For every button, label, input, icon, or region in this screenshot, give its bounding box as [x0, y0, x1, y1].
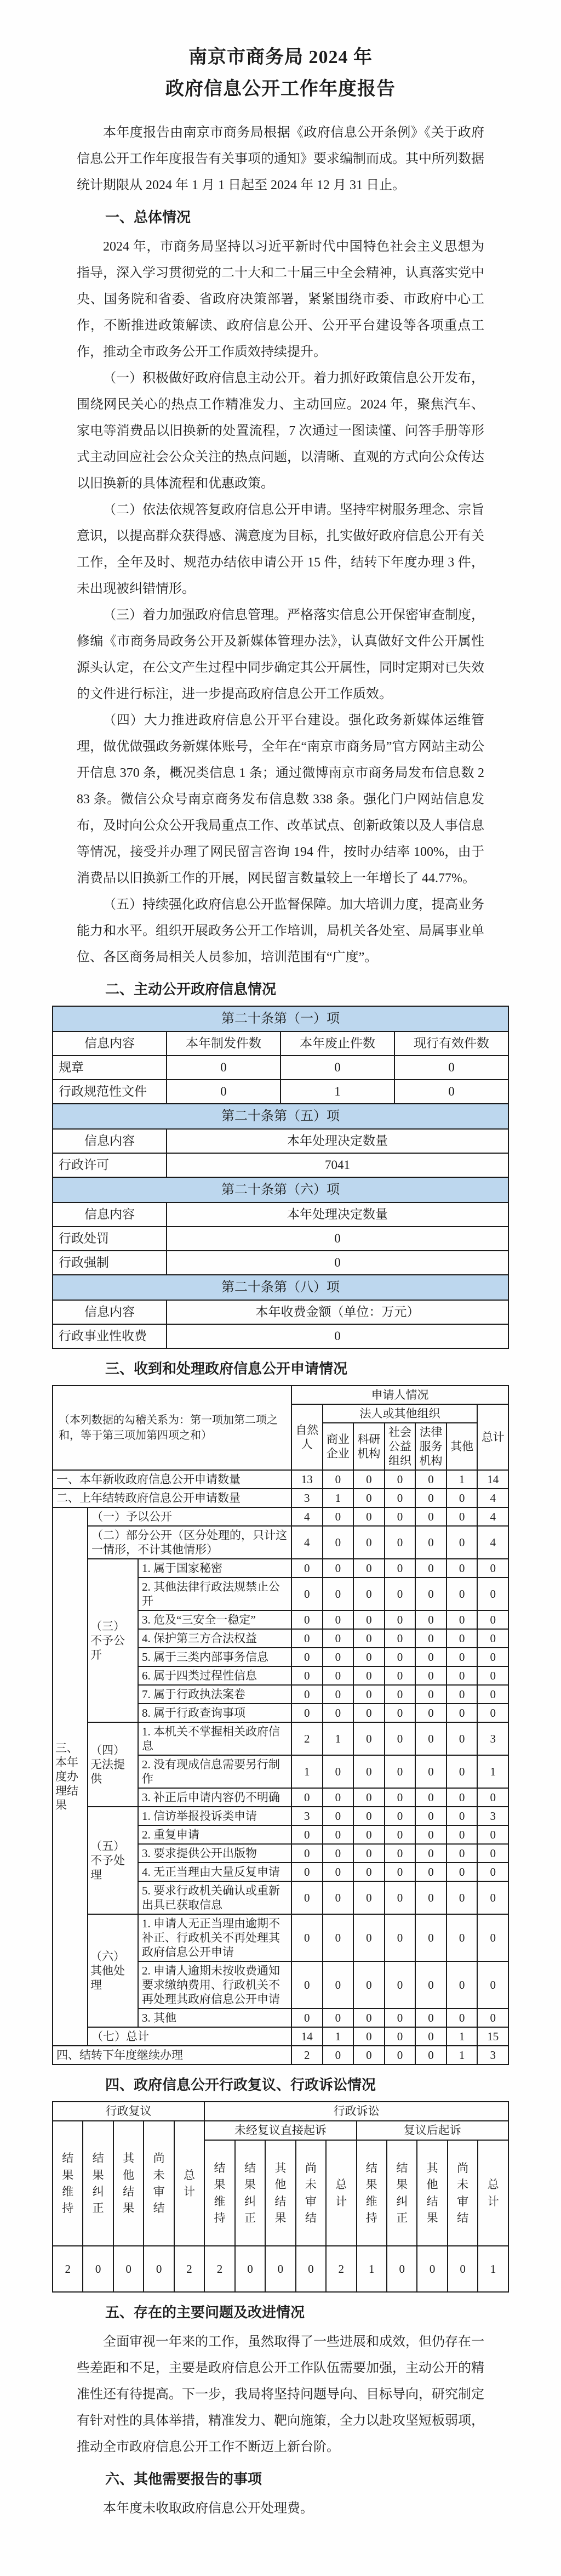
table-cell: 0: [323, 1578, 354, 1610]
table-cell: 0: [353, 1825, 385, 1844]
table-cell: 0: [291, 1704, 323, 1722]
table-cell: 0: [280, 1056, 394, 1080]
table-header-cell: 科研机构: [353, 1423, 385, 1470]
table-cell: 二、上年结转政府信息公开申请数量: [53, 1489, 291, 1507]
table-cell: 0: [415, 1629, 446, 1648]
table-header-cell: 其他结果: [113, 2121, 144, 2246]
table-cell: 2. 没有现成信息需要另行制作: [138, 1755, 291, 1788]
table-cell: 0: [291, 1610, 323, 1629]
table-header-cell: 其他结果: [265, 2140, 295, 2246]
table-cell: 0: [385, 1863, 416, 1881]
table-cell: 0: [446, 1578, 478, 1610]
table-cell: 0: [353, 1526, 385, 1559]
table-cell: （七）总计: [88, 2027, 291, 2046]
table-cell: 0: [291, 1961, 323, 2008]
table-header-cell: 法人或其他组织: [323, 1404, 478, 1423]
table-cell: 0: [415, 1844, 446, 1863]
table-cell: 0: [353, 2046, 385, 2064]
header-label: 结果纠正: [243, 2160, 256, 2227]
table-header-cell: 总计: [174, 2121, 204, 2246]
table-active-disclosure: 第二十条第（一）项 信息内容 本年制发件数 本年废止件数 现行有效件数 规章 0…: [52, 1006, 509, 1349]
table-row: 三、本年度办理结果 （一）予以公开 4 0 0 0 0 0 4: [53, 1507, 508, 1526]
table-cell: 0: [353, 2008, 385, 2027]
table-cell: 0: [477, 1629, 508, 1648]
table-header-cell: 复议后起诉: [357, 2121, 508, 2140]
table-header-cell: 尚未审结: [448, 2140, 478, 2246]
intro-paragraph: 本年度报告由南京市商务局根据《政府信息公开条例》《关于政府信息公开工作年度报告有…: [77, 120, 484, 198]
table-cell: 0: [477, 2008, 508, 2027]
table-header-row: 信息内容 本年处理决定数量: [53, 1129, 508, 1153]
table-cell: 4. 无正当理由大量反复申请: [138, 1863, 291, 1881]
table-cell: 0: [415, 1610, 446, 1629]
table-cell: 0: [385, 1489, 416, 1507]
header-label: 总计: [182, 2167, 196, 2200]
table-cell: 0: [291, 1844, 323, 1863]
table-cell: 0: [477, 1704, 508, 1722]
table-cell: 0: [446, 1807, 478, 1825]
table-cell: 0: [323, 2046, 354, 2064]
table-cell: 0: [323, 1788, 354, 1807]
table-header-cell: 现行有效件数: [394, 1031, 508, 1056]
table-subgroup-cell: （五）不予处理: [88, 1807, 138, 1914]
table-cell: 2: [291, 1722, 323, 1755]
table-cell: 0: [353, 1648, 385, 1666]
table-cell: 0: [385, 1722, 416, 1755]
table-cell: 0: [385, 1961, 416, 2008]
table-cell: 0: [415, 1578, 446, 1610]
table-section-header: 第二十条第（一）项: [53, 1006, 508, 1031]
table-cell: 2. 申请人逾期未按收费通知要求缴纳费用、行政机关不再处理其政府信息公开申请: [138, 1961, 291, 2008]
table-cell: 0: [477, 1825, 508, 1844]
table-row: 行政强制 0: [53, 1251, 508, 1275]
table-cell: 2: [174, 2246, 204, 2292]
table-cell: 0: [291, 1629, 323, 1648]
table-cell: 0: [235, 2246, 265, 2292]
table-cell: 3: [291, 1807, 323, 1825]
table-cell: 1: [323, 1722, 354, 1755]
table-cell: 0: [385, 1648, 416, 1666]
table-cell: 0: [415, 1914, 446, 1961]
table-cell: 0: [385, 1881, 416, 1914]
table-subgroup-cell: （三）不予公开: [88, 1559, 138, 1722]
table-cell: 1: [446, 2027, 478, 2046]
table-cell: 1. 信访举报投诉类申请: [138, 1807, 291, 1825]
table-cell: 0: [167, 1324, 508, 1348]
table-cell: 0: [291, 1881, 323, 1914]
table-section-header: 第二十条第（五）项: [53, 1104, 508, 1129]
table-cell: 0: [385, 1526, 416, 1559]
table-cell: 0: [415, 1648, 446, 1666]
table-cell: 0: [323, 1755, 354, 1788]
table-header-cell: 结果纠正: [235, 2140, 265, 2246]
table-cell: 4. 保护第三方合法权益: [138, 1629, 291, 1648]
table-cell: 0: [323, 1844, 354, 1863]
table-cell: 2: [53, 2246, 83, 2292]
table-cell: 0: [415, 1788, 446, 1807]
table-cell: 0: [296, 2246, 326, 2292]
section-heading-active-disclosure: 二、主动公开政府信息情况: [77, 978, 484, 1000]
table-cell: 2. 重复申请: [138, 1825, 291, 1844]
table-header-cell: 本年处理决定数量: [167, 1129, 508, 1153]
table-cell: 0: [415, 1526, 446, 1559]
table-cell: 3. 危及“三安全一稳定”: [138, 1610, 291, 1629]
table-cell: 4: [477, 1489, 508, 1507]
table-cell: 3: [477, 1807, 508, 1825]
table-row: （三）不予公开 1. 属于国家秘密 0 0 0 0 0 0 0: [53, 1559, 508, 1578]
table-cell: 0: [353, 1722, 385, 1755]
table-cell: 0: [167, 1056, 280, 1080]
table-cell: 0: [353, 1961, 385, 2008]
table-section-row: 第二十条第（六）项: [53, 1177, 508, 1202]
table-header-cell: 总计: [477, 1404, 508, 1470]
table-cell: 0: [323, 1629, 354, 1648]
section-heading-overview: 一、总体情况: [77, 206, 484, 228]
table-cell: 0: [415, 1704, 446, 1722]
table-cell: 1. 本机关不掌握相关政府信息: [138, 1722, 291, 1755]
table-cell: 5. 要求行政机关确认或重新出具已获取信息: [138, 1881, 291, 1914]
table-cell: 0: [394, 1080, 508, 1104]
table-cell: 0: [415, 1961, 446, 2008]
table-cell: 0: [291, 1788, 323, 1807]
table-cell: 0: [415, 1507, 446, 1526]
paragraph: 全面审视一年来的工作，虽然取得了一些进展和成效，但仍存在一些差距和不足，主要是政…: [77, 2329, 484, 2460]
paragraph: （四）大力推进政府信息公开平台建设。强化政务新媒体运维管理，做优做强政务新媒体账…: [77, 707, 484, 892]
table-cell: 4: [477, 1526, 508, 1559]
table-cell: 四、结转下年度继续办理: [53, 2046, 291, 2064]
table-cell: 1. 申请人无正当理由逾期不补正、行政机关不再处理其政府信息公开申请: [138, 1914, 291, 1961]
table-cell: 4: [291, 1526, 323, 1559]
table-row: 二、上年结转政府信息公开申请数量 3 1 0 0 0 0 4: [53, 1489, 508, 1507]
table-cell: 0: [385, 1788, 416, 1807]
table-header-cell: 其他结果: [417, 2140, 447, 2246]
table-row: 行政规范性文件 0 1 0: [53, 1080, 508, 1104]
table-cell: 4: [477, 1507, 508, 1526]
table-cell: 1: [446, 1470, 478, 1489]
table-cell: 0: [385, 1559, 416, 1578]
table-cell: 8. 属于行政查询事项: [138, 1704, 291, 1722]
table-review-litigation: 行政复议 行政诉讼 结果维持 结果纠正 其他结果 尚未审结 总计 未经复议直接起…: [52, 2101, 509, 2293]
table-header-cell: 结果维持: [357, 2140, 387, 2246]
table-cell: 0: [323, 1666, 354, 1685]
table-row: （七）总计 14 1 0 0 0 1 15: [53, 2027, 508, 2046]
table-subgroup-cell: （四）无法提供: [88, 1722, 138, 1807]
table-cell: 0: [323, 1507, 354, 1526]
table-row: 四、结转下年度继续办理 2 0 0 0 0 1 3: [53, 2046, 508, 2064]
table-note-cell: （本列数据的勾稽关系为：第一项加第二项之和，等于第三项加第四项之和）: [53, 1386, 291, 1470]
table-cell: 0: [385, 1755, 416, 1788]
table-row: （五）不予处理 1. 信访举报投诉类申请 3 0 0 0 0 0 3: [53, 1807, 508, 1825]
table-cell: 1: [280, 1080, 394, 1104]
table-cell: 0: [353, 1578, 385, 1610]
table-cell: 0: [353, 1629, 385, 1648]
table-header-cell: 尚未审结: [296, 2140, 326, 2246]
table-cell: 0: [415, 1666, 446, 1685]
table-header-cell: 信息内容: [53, 1031, 167, 1056]
table-cell: 14: [477, 1470, 508, 1489]
header-label: 尚未审结: [152, 2150, 165, 2217]
table-cell: 0: [446, 1704, 478, 1722]
table-cell: 0: [415, 1881, 446, 1914]
table-row: 一、本年新收政府信息公开申请数量 13 0 0 0 0 1 14: [53, 1470, 508, 1489]
document-title-line2: 政府信息公开工作年度报告: [52, 73, 509, 105]
table-cell: 0: [446, 1648, 478, 1666]
table-cell: 0: [446, 1526, 478, 1559]
table-cell: 0: [385, 2027, 416, 2046]
table-row: （六）其他处理 1. 申请人无正当理由逾期不补正、行政机关不再处理其政府信息公开…: [53, 1914, 508, 1961]
table-cell: 0: [353, 1685, 385, 1704]
table-cell: 3: [477, 1722, 508, 1755]
paragraph: （五）持续强化政府信息公开监督保障。加大培训力度，提高业务能力和水平。组织开展政…: [77, 892, 484, 971]
table-header-cell: 其他: [446, 1423, 478, 1470]
table-cell: 行政事业性收费: [53, 1324, 167, 1348]
table-header-cell: 法律服务机构: [415, 1423, 446, 1470]
table-cell: 0: [353, 1881, 385, 1914]
bottom-margin: [52, 2522, 509, 2527]
table-row: （四）无法提供 1. 本机关不掌握相关政府信息 2 1 0 0 0 0 3: [53, 1722, 508, 1755]
table-cell: 4: [291, 1507, 323, 1526]
table-cell: 0: [353, 1807, 385, 1825]
table-cell: 0: [323, 1807, 354, 1825]
table-cell: 1: [446, 2046, 478, 2064]
table-cell: 0: [385, 1629, 416, 1648]
table-header-cell: 结果纠正: [83, 2121, 113, 2246]
table-cell: 0: [291, 1863, 323, 1881]
header-label: 结果纠正: [396, 2160, 409, 2227]
table-header-cell: 自然人: [291, 1404, 323, 1470]
table-section-row: 第二十条第（五）项: [53, 1104, 508, 1129]
table-section-row: 第二十条第（一）项: [53, 1006, 508, 1031]
table-row: 行政许可 7041: [53, 1153, 508, 1177]
table-cell: 0: [477, 1648, 508, 1666]
table-header-cell: 未经复议直接起诉: [204, 2121, 356, 2140]
table-cell: 0: [446, 1489, 478, 1507]
table-cell: 0: [323, 1685, 354, 1704]
table-cell: 0: [323, 1881, 354, 1914]
table-cell: 0: [477, 1559, 508, 1578]
table-cell: 1: [478, 2246, 508, 2292]
table-cell: 0: [446, 1788, 478, 1807]
table-row: 行政事业性收费 0: [53, 1324, 508, 1348]
table-header-cell: 信息内容: [53, 1202, 167, 1227]
table-cell: 0: [415, 1722, 446, 1755]
table-cell: 0: [477, 1961, 508, 2008]
table-cell: 0: [385, 1807, 416, 1825]
table-cell: 1: [323, 2027, 354, 2046]
table-cell: 0: [385, 1685, 416, 1704]
table-cell: 2: [204, 2246, 234, 2292]
table-cell: 0: [353, 1844, 385, 1863]
table-cell: 0: [477, 1914, 508, 1961]
table-cell: 0: [477, 1666, 508, 1685]
table-cell: 0: [353, 1914, 385, 1961]
paragraph: （二）依法依规答复政府信息公开申请。坚持牢树服务理念、宗旨意识，以提高群众获得感…: [77, 497, 484, 602]
table-header-row: 信息内容 本年处理决定数量: [53, 1202, 508, 1227]
table-header-cell: 本年收费金额（单位：万元）: [167, 1300, 508, 1324]
table-cell: 0: [446, 1722, 478, 1755]
table-cell: 0: [353, 1863, 385, 1881]
table-header-row: 行政复议 行政诉讼: [53, 2102, 508, 2121]
table-cell: 0: [446, 1507, 478, 1526]
table-cell: 0: [415, 2027, 446, 2046]
table-cell: 0: [323, 1526, 354, 1559]
header-label: 其他结果: [274, 2160, 287, 2227]
paragraph: 2024 年，市商务局坚持以习近平新时代中国特色社会主义思想为指导，深入学习贯彻…: [77, 234, 484, 365]
table-cell: 0: [385, 2046, 416, 2064]
paragraph: （三）着力加强政府信息管理。严格落实信息公开保密审查制度，修编《市商务局政务公开…: [77, 602, 484, 707]
table-cell: 0: [446, 1825, 478, 1844]
table-cell: 1: [291, 1755, 323, 1788]
table-cell: 0: [446, 1844, 478, 1863]
table-cell: 0: [323, 1648, 354, 1666]
table-section-header: 第二十条第（八）项: [53, 1275, 508, 1300]
table-cell: 0: [477, 1578, 508, 1610]
table-header-cell: 申请人情况: [291, 1386, 508, 1404]
table-cell: 0: [387, 2246, 417, 2292]
table-cell: 0: [353, 1704, 385, 1722]
table-cell: 0: [291, 1825, 323, 1844]
table-cell: 3. 要求提供公开出版物: [138, 1844, 291, 1863]
table-cell: 0: [446, 1666, 478, 1685]
table-section-row: 第二十条第（八）项: [53, 1275, 508, 1300]
table-cell: 0: [167, 1080, 280, 1104]
table-cell: 0: [385, 1914, 416, 1961]
table-cell: 1. 属于国家秘密: [138, 1559, 291, 1578]
table-header-cell: 结果纠正: [387, 2140, 417, 2246]
table-cell: 0: [477, 1685, 508, 1704]
table-cell: 0: [323, 1863, 354, 1881]
table-header-cell: 行政复议: [53, 2102, 204, 2121]
table-cell: 0: [353, 1470, 385, 1489]
table-cell: 7041: [167, 1153, 508, 1177]
table-cell: 0: [385, 2008, 416, 2027]
report-document: 南京市商务局 2024 年 政府信息公开工作年度报告 本年度报告由南京市商务局根…: [0, 0, 561, 2576]
table-cell: （一）予以公开: [88, 1507, 291, 1526]
table-cell: 0: [353, 1559, 385, 1578]
table-header-cell: 信息内容: [53, 1129, 167, 1153]
table-cell: 0: [83, 2246, 113, 2292]
table-cell: 0: [353, 1489, 385, 1507]
table-cell: 3: [477, 2046, 508, 2064]
table-section-header: 第二十条第（六）项: [53, 1177, 508, 1202]
table-group-cell: 三、本年度办理结果: [53, 1507, 88, 2046]
table-cell: 0: [385, 1666, 416, 1685]
table-cell: 0: [291, 1666, 323, 1685]
table-cell: 13: [291, 1470, 323, 1489]
table-cell: 0: [415, 2008, 446, 2027]
table-cell: （二）部分公开（区分处理的，只计这一情形，不计其他情形）: [88, 1526, 291, 1559]
table-cell: 0: [167, 1251, 508, 1275]
table-cell: 0: [394, 1056, 508, 1080]
table-cell: 0: [446, 1685, 478, 1704]
table-cell: 0: [446, 1755, 478, 1788]
table-cell: 15: [477, 2027, 508, 2046]
table-cell: 0: [415, 1685, 446, 1704]
table-cell: 0: [415, 1489, 446, 1507]
table-cell: 规章: [53, 1056, 167, 1080]
table-cell: 6. 属于四类过程性信息: [138, 1666, 291, 1685]
table-cell: 0: [446, 1881, 478, 1914]
table-cell: 0: [323, 2008, 354, 2027]
table-cell: 0: [353, 1610, 385, 1629]
table-cell: 0: [323, 1961, 354, 2008]
table-cell: 2. 其他法律行政法规禁止公开: [138, 1578, 291, 1610]
header-label: 总计: [486, 2176, 500, 2210]
table-cell: 1: [357, 2246, 387, 2292]
table-row: （二）部分公开（区分处理的，只计这一情形，不计其他情形） 4 0 0 0 0 0…: [53, 1526, 508, 1559]
table-cell: 0: [323, 1914, 354, 1961]
table-request-handling: （本列数据的勾稽关系为：第一项加第二项之和，等于第三项加第四项之和） 申请人情况…: [52, 1385, 509, 2065]
table-cell: 0: [415, 1559, 446, 1578]
header-label: 尚未审结: [304, 2160, 317, 2227]
table-header-row: 信息内容 本年收费金额（单位：万元）: [53, 1300, 508, 1324]
table-cell: 5. 属于三类内部事务信息: [138, 1648, 291, 1666]
table-cell: 0: [446, 1961, 478, 2008]
table-cell: 0: [353, 1666, 385, 1685]
table-cell: 0: [385, 1610, 416, 1629]
table-cell: 0: [446, 1914, 478, 1961]
table-cell: 0: [353, 1788, 385, 1807]
table-cell: 0: [477, 1610, 508, 1629]
document-title: 南京市商务局 2024 年 政府信息公开工作年度报告: [52, 42, 509, 105]
table-cell: 行政处罚: [53, 1227, 167, 1251]
table-cell: 0: [477, 1788, 508, 1807]
table-cell: 0: [291, 1685, 323, 1704]
table-cell: 0: [415, 1825, 446, 1844]
header-label: 结果纠正: [91, 2150, 105, 2217]
table-header-cell: 结果维持: [204, 2140, 234, 2246]
table-cell: 0: [323, 1825, 354, 1844]
table-header-cell: 本年废止件数: [280, 1031, 394, 1056]
table-cell: 0: [291, 1578, 323, 1610]
table-cell: 0: [415, 1863, 446, 1881]
table-cell: 0: [385, 1470, 416, 1489]
table-cell: 0: [265, 2246, 295, 2292]
table-header-cell: 本年制发件数: [167, 1031, 280, 1056]
table-cell: 0: [385, 1844, 416, 1863]
table-header-cell: 总计: [326, 2140, 356, 2246]
table-cell: 3: [291, 1489, 323, 1507]
section-heading-requests: 三、收到和处理政府信息公开申请情况: [77, 1358, 484, 1380]
table-row: 行政处罚 0: [53, 1227, 508, 1251]
table-cell: 0: [353, 1755, 385, 1788]
header-label: 其他结果: [122, 2150, 135, 2217]
table-cell: 一、本年新收政府信息公开申请数量: [53, 1470, 291, 1489]
header-label: 其他结果: [426, 2160, 439, 2227]
header-label: 结果维持: [365, 2160, 378, 2227]
table-cell: 0: [448, 2246, 478, 2292]
table-header-cell: 商业企业: [323, 1423, 354, 1470]
table-cell: 0: [477, 1863, 508, 1881]
table-cell: 2: [291, 2046, 323, 2064]
table-cell: 行政许可: [53, 1153, 167, 1177]
table-cell: 0: [291, 2008, 323, 2027]
table-cell: 0: [446, 1863, 478, 1881]
header-label: 尚未审结: [456, 2160, 470, 2227]
table-header-cell: 信息内容: [53, 1300, 167, 1324]
table-header-cell: 社会公益组织: [385, 1423, 416, 1470]
table-header-cell: 结果维持: [53, 2121, 83, 2246]
table-cell: 0: [323, 1559, 354, 1578]
table-header-row: （本列数据的勾稽关系为：第一项加第二项之和，等于第三项加第四项之和） 申请人情况: [53, 1386, 508, 1404]
table-cell: 0: [417, 2246, 447, 2292]
table-header-row: 信息内容 本年制发件数 本年废止件数 现行有效件数: [53, 1031, 508, 1056]
table-cell: 0: [291, 1914, 323, 1961]
table-subgroup-cell: （六）其他处理: [88, 1914, 138, 2027]
document-title-line1: 南京市商务局 2024 年: [52, 42, 509, 73]
table-cell: 0: [291, 1648, 323, 1666]
table-row: 2 0 0 0 2 2 0 0 0 2 1 0 0 0 1: [53, 2246, 508, 2292]
paragraph: 本年度未收取政府信息公开处理费。: [77, 2495, 484, 2522]
